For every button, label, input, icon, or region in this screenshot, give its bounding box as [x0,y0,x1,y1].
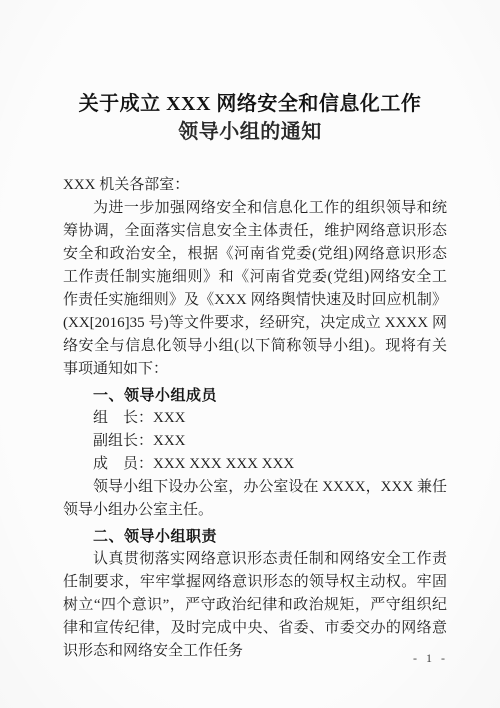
document-page: 关于成立 XXX 网络安全和信息化工作 领导小组的通知 XXX 机关各部室： 为… [0,0,500,708]
member-line-members: 成 员：XXX XXX XXX XXX [63,453,447,476]
salutation: XXX 机关各部室： [63,174,447,197]
title-line-2: 领导小组的通知 [0,118,500,146]
intro-paragraph: 为进一步加强网络安全和信息化工作的组织领导和统筹协调，全面落实信息安全主体责任，… [63,197,447,381]
document-title: 关于成立 XXX 网络安全和信息化工作 领导小组的通知 [0,90,500,146]
member-line-leader: 组 长：XXX [63,407,447,430]
member-line-deputy-leader: 副组长：XXX [63,430,447,453]
office-note-paragraph: 领导小组下设办公室，办公室设在 XXXX，XXX 兼任领导小组办公室主任。 [63,476,447,522]
section2-heading: 二、领导小组职责 [63,525,447,548]
section2-paragraph: 认真贯彻落实网络意识形态责任制和网络安全工作责任制要求，牢牢掌握网络意识形态的领… [63,548,447,663]
section1-heading: 一、领导小组成员 [63,384,447,407]
title-line-1: 关于成立 XXX 网络安全和信息化工作 [0,90,500,118]
document-body: XXX 机关各部室： 为进一步加强网络安全和信息化工作的组织领导和统筹协调，全面… [63,174,447,663]
page-number: - 1 - [413,651,448,665]
